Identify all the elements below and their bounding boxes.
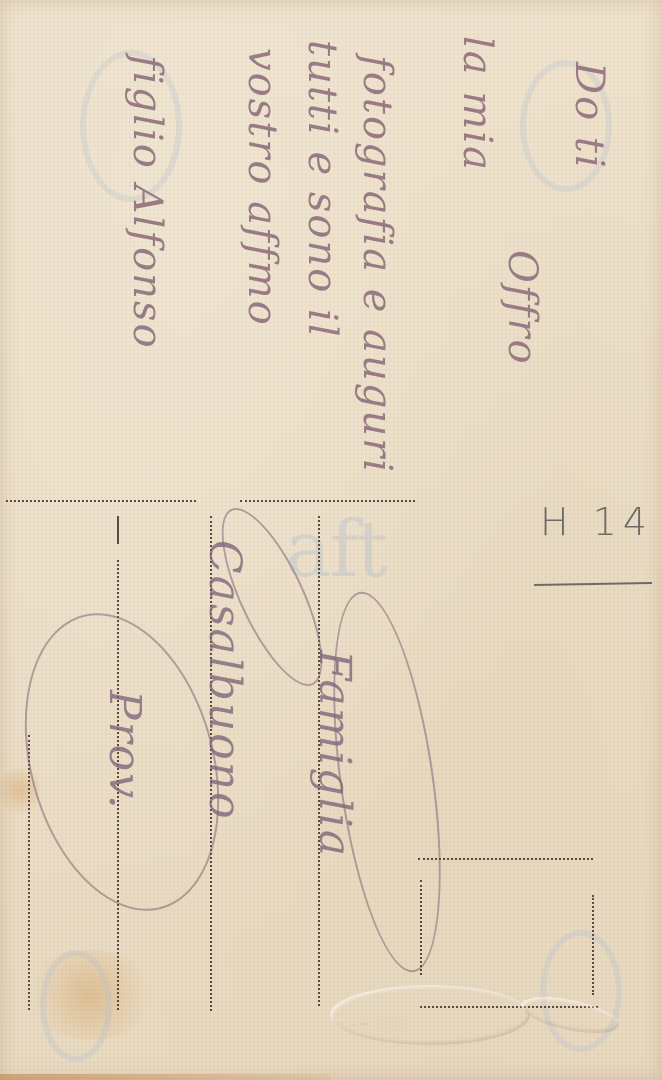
message-line: figlio Alfonso (124, 55, 170, 350)
message-line: vostro affmo (239, 48, 285, 327)
archive-note-underline (534, 582, 652, 586)
postcard-back: aft Do ti Offro la mia fotografia e augu… (0, 0, 662, 1080)
archive-note: H 14 (540, 500, 653, 544)
message-line: fotografia e auguri (354, 55, 400, 474)
torn-edge (0, 1074, 330, 1080)
stamp-box-left (420, 880, 422, 975)
stamp-box-right (592, 895, 594, 995)
address-line-start (117, 516, 119, 544)
message-line: la mia (454, 36, 500, 172)
embossed-text: ·· ·· ···· ···· ····· (338, 1020, 412, 1029)
watermark-flourish (40, 950, 112, 1062)
message-line: Do ti (566, 62, 612, 170)
address-line (28, 735, 30, 1010)
embossed-mark (330, 985, 530, 1045)
message-line: Offro (499, 250, 545, 366)
divider-line (6, 500, 196, 502)
stamp-box-top (418, 858, 593, 860)
divider-line (240, 500, 415, 502)
message-line: tutti e sono il (299, 40, 345, 339)
watermark-flourish (540, 930, 622, 1052)
